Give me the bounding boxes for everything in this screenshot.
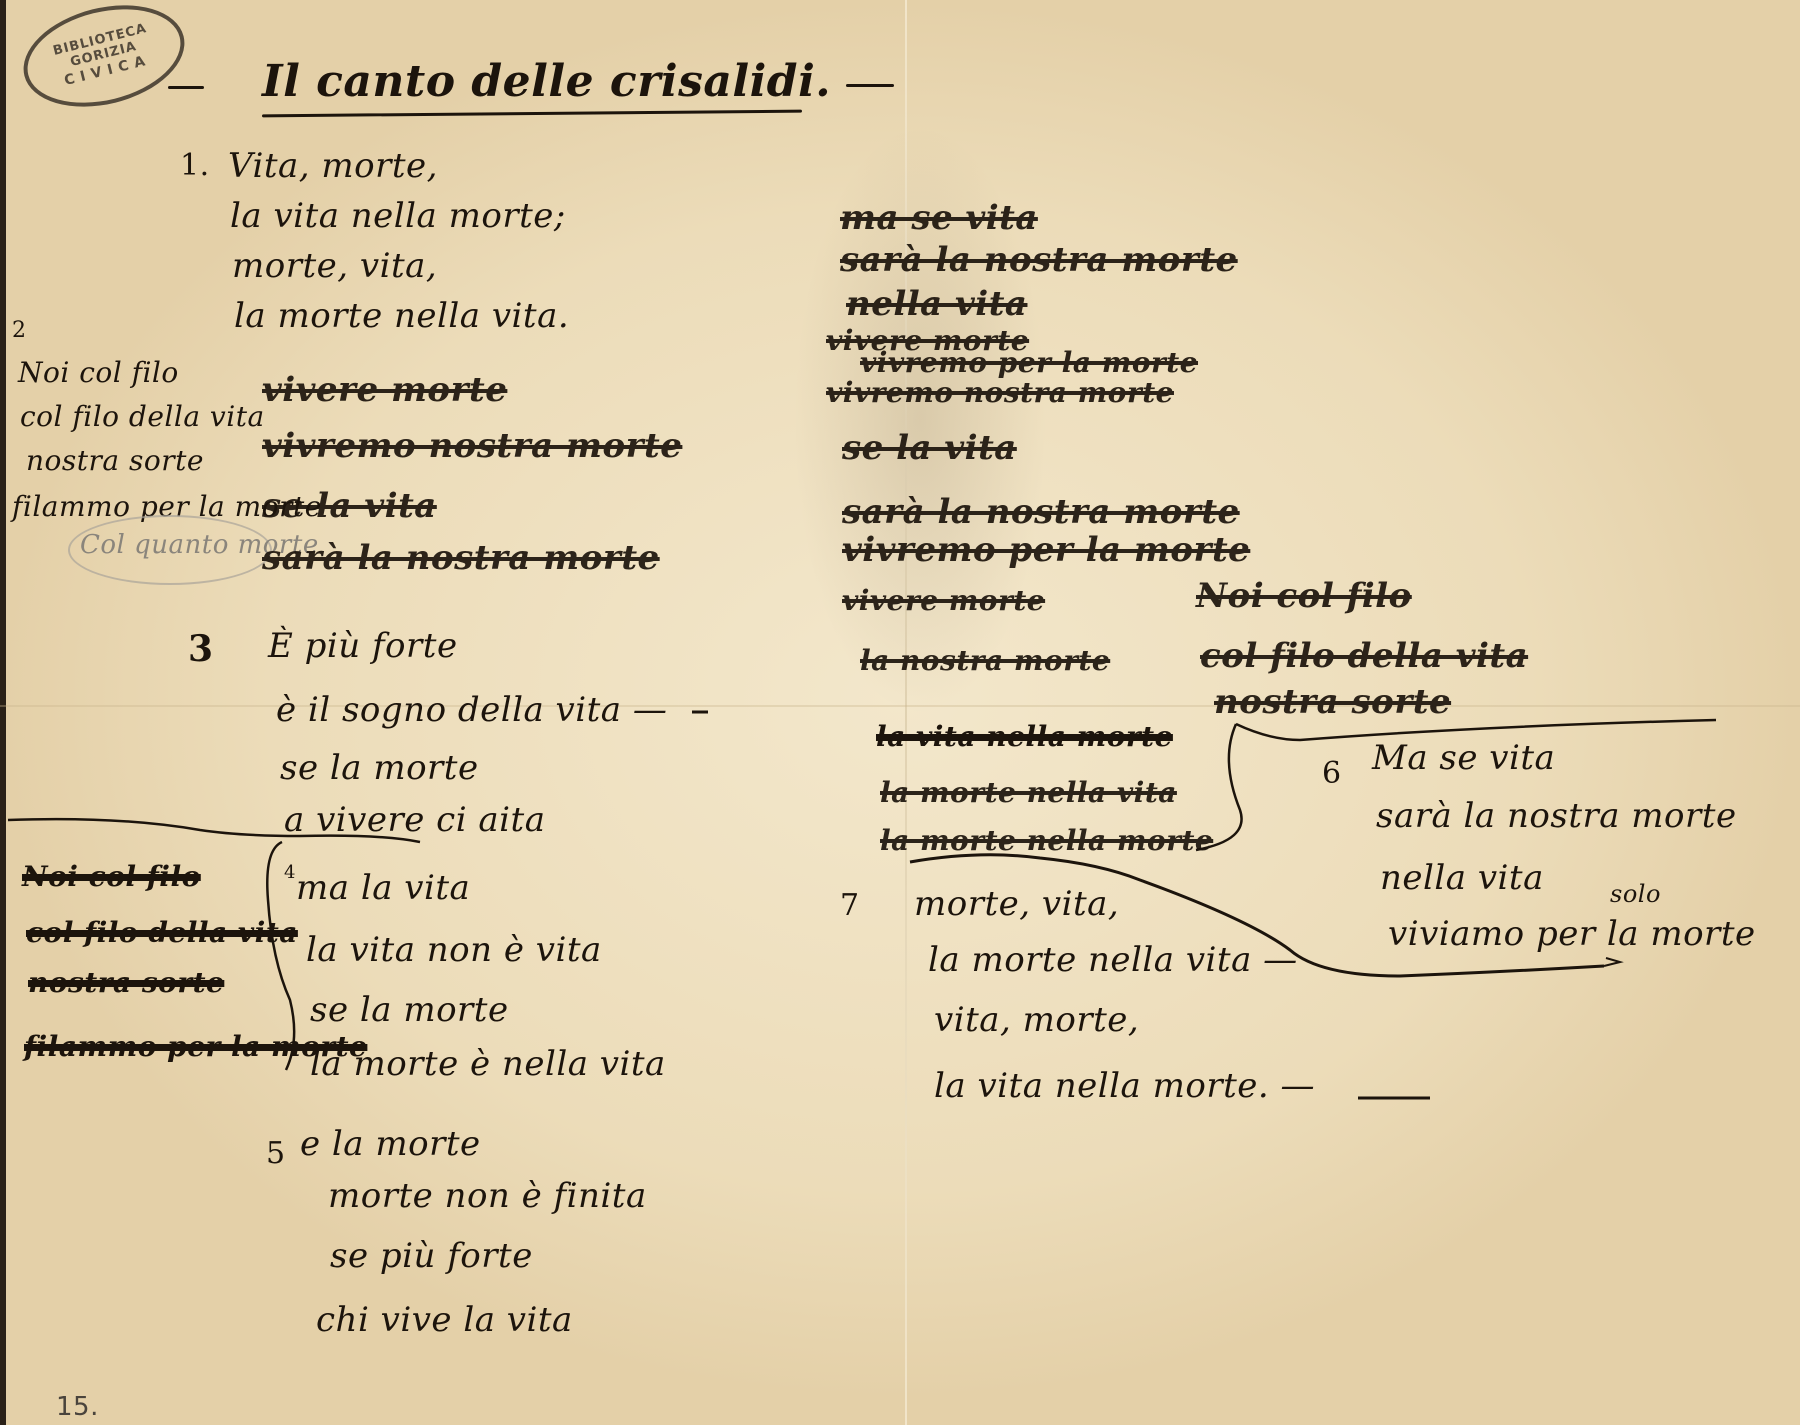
manuscript-page: BIBLIOTECA GORIZIA CIVICA Il canto delle… [0,0,1800,1425]
ink-connector-lines [0,0,1800,1425]
